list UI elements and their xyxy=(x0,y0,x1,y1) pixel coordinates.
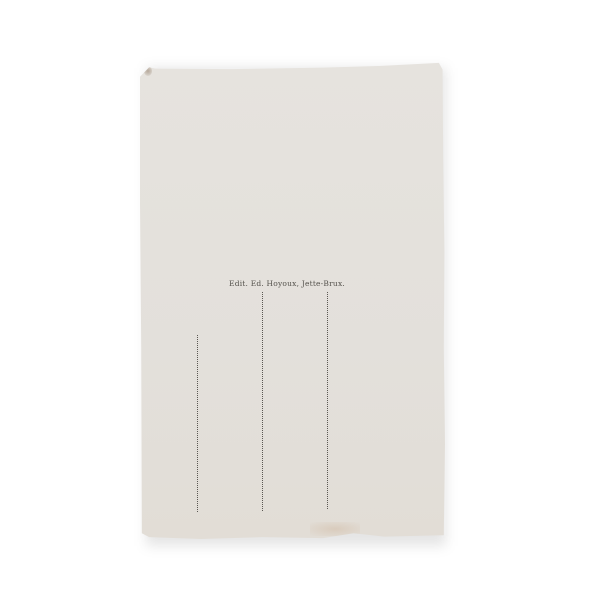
divider-dotted-line-left xyxy=(197,335,198,512)
publisher-imprint: Edit. Ed. Hoyoux, Jette-Brux. xyxy=(217,279,357,288)
divider-dotted-line-right xyxy=(327,292,328,510)
postcard-back: Edit. Ed. Hoyoux, Jette-Brux. xyxy=(140,60,445,540)
divider-dotted-line-middle xyxy=(262,292,263,511)
